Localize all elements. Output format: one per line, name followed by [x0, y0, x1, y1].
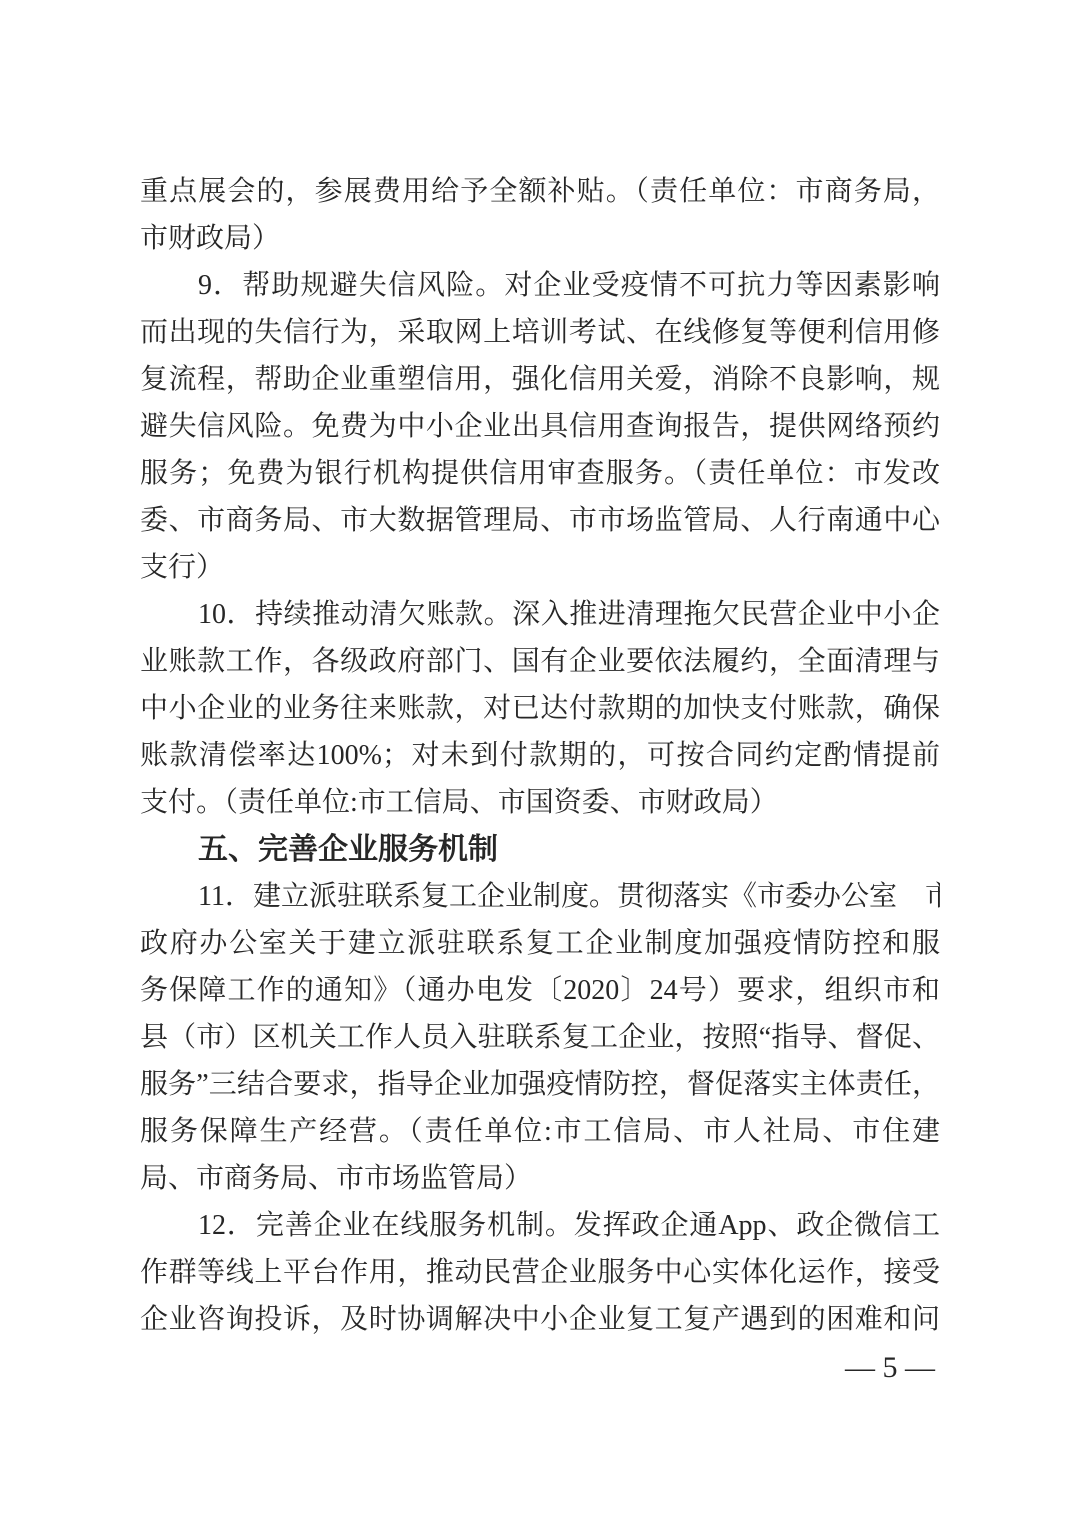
- text-line: 支付。（责任单位:市工信局、市国资委、市财政局）: [140, 779, 940, 826]
- text-line: 市财政局）: [140, 215, 940, 262]
- page-number: — 5 —: [845, 1348, 935, 1388]
- text-line: 账款清偿率达100%；对未到付款期的，可按合同约定酌情提前: [140, 732, 940, 779]
- document-page: 重点展会的，参展费用给予全额补贴。（责任单位：市商务局， 市财政局） 9．帮助规…: [0, 0, 1080, 1527]
- text-line: 作群等线上平台作用，推动民营企业服务中心实体化运作，接受: [140, 1249, 940, 1296]
- section-heading: 五、完善企业服务机制: [140, 826, 940, 873]
- text-line: 县（市）区机关工作人员入驻联系复工企业，按照“指导、督促、: [140, 1014, 940, 1061]
- text-line: 务保障工作的通知》（通办电发〔2020〕24号）要求，组织市和: [140, 967, 940, 1014]
- text-line: 复流程，帮助企业重塑信用，强化信用关爱，消除不良影响，规: [140, 356, 940, 403]
- text-line: 支行）: [140, 544, 940, 591]
- text-line: 局、市商务局、市市场监管局）: [140, 1155, 940, 1202]
- text-line: 服务”三结合要求，指导企业加强疫情防控，督促落实主体责任，: [140, 1061, 940, 1108]
- text-line: 而出现的失信行为，采取网上培训考试、在线修复等便利信用修: [140, 309, 940, 356]
- text-line: 中小企业的业务往来账款，对已达付款期的加快支付账款，确保: [140, 685, 940, 732]
- text-line: 服务保障生产经营。（责任单位:市工信局、市人社局、市住建: [140, 1108, 940, 1155]
- text-line: 避失信风险。免费为中小企业出具信用查询报告，提供网络预约: [140, 403, 940, 450]
- text-line: 重点展会的，参展费用给予全额补贴。（责任单位：市商务局，: [140, 168, 940, 215]
- text-line: 政府办公室关于建立派驻联系复工企业制度加强疫情防控和服: [140, 920, 940, 967]
- text-line: 11．建立派驻联系复工企业制度。贯彻落实《市委办公室 市: [140, 873, 940, 920]
- text-line: 业账款工作，各级政府部门、国有企业要依法履约，全面清理与: [140, 638, 940, 685]
- text-line: 服务；免费为银行机构提供信用审查服务。（责任单位：市发改: [140, 450, 940, 497]
- text-line: 12．完善企业在线服务机制。发挥政企通App、政企微信工: [140, 1202, 940, 1249]
- text-line: 企业咨询投诉，及时协调解决中小企业复工复产遇到的困难和问: [140, 1296, 940, 1343]
- document-body: 重点展会的，参展费用给予全额补贴。（责任单位：市商务局， 市财政局） 9．帮助规…: [140, 168, 940, 1343]
- text-line: 委、市商务局、市大数据管理局、市市场监管局、人行南通中心: [140, 497, 940, 544]
- text-line: 9．帮助规避失信风险。对企业受疫情不可抗力等因素影响: [140, 262, 940, 309]
- text-line: 10．持续推动清欠账款。深入推进清理拖欠民营企业中小企: [140, 591, 940, 638]
